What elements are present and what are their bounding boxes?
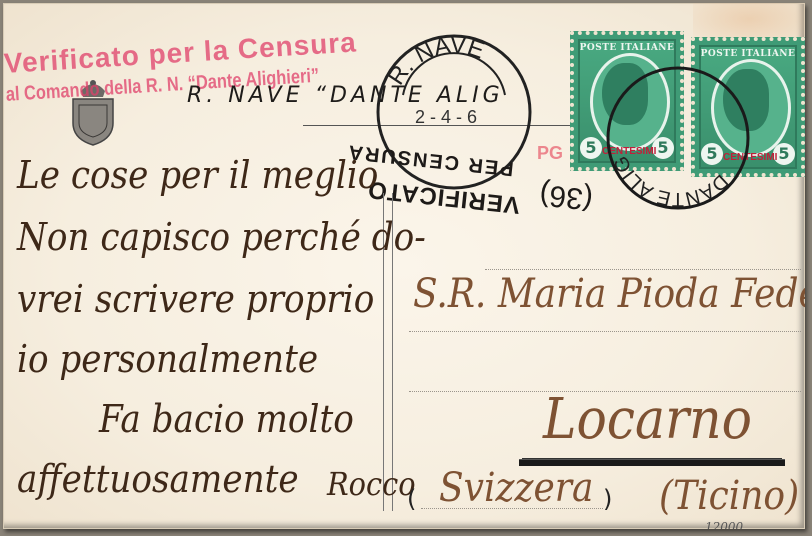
postcard: Verificato per la Censura al Comando del… xyxy=(3,3,805,529)
address-line-rule xyxy=(485,269,801,270)
recipient-city: Locarno xyxy=(543,387,752,452)
message-line: Non capisco perché do- xyxy=(17,215,426,259)
pencil-note: 12000 xyxy=(705,520,743,529)
svg-text:DANTE ALIG: DANTE ALIG xyxy=(610,152,733,210)
message-line: io personalmente xyxy=(17,337,318,381)
recipient-canton: (Ticino) xyxy=(659,473,799,519)
message-line: Le cose per il meglio xyxy=(17,153,378,197)
stamp-cancellation-postmark: DANTE ALIG xyxy=(603,63,753,213)
partial-censor-mark: PG xyxy=(537,143,563,164)
address-line-rule xyxy=(409,331,801,332)
message-line: Fa bacio molto xyxy=(99,397,354,441)
message-line: vrei scrivere proprio xyxy=(17,277,374,321)
recipient-name: S.R. Maria Pioda Federici xyxy=(413,271,805,317)
signature: Rocco xyxy=(327,465,416,503)
message-line: affettuosamente xyxy=(17,457,299,501)
country-paren-close: ) xyxy=(603,485,612,513)
country-paren-open: ( xyxy=(407,485,416,513)
verifier-number: (36) xyxy=(538,177,595,216)
recipient-country: Svizzera xyxy=(439,465,593,511)
